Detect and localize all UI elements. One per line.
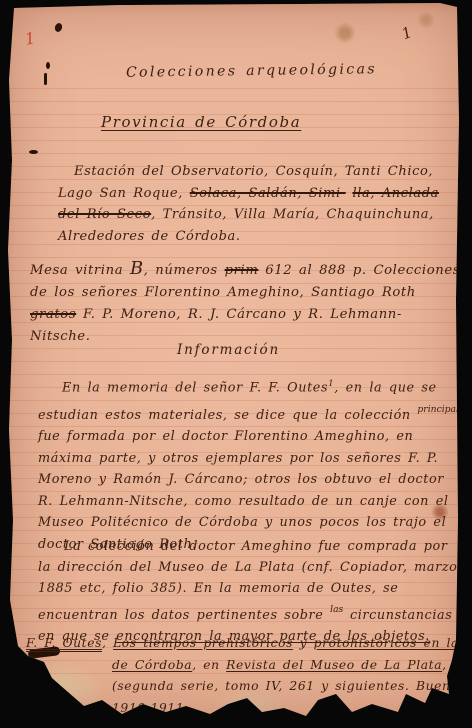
paragraph-info-1: En la memoria del señor F. F. Outes1, en… [38,374,464,555]
text-segment: F. F. Outes [26,636,102,650]
text-segment: y [293,636,314,650]
ink-blot [44,73,47,85]
text-segment: principal [417,404,459,415]
doc-title: Colecciones arqueológicas [126,61,377,81]
text-segment: gratos [30,307,76,322]
footnote: F. F. Outes, Los tiempos prehistóricos y… [26,633,472,719]
paragraph-vitrina: Mesa vitrina B, números prim 612 al 888 … [30,258,462,348]
text-segment: fue formada por el doctor Florentino Ame… [38,429,449,552]
text-segment: , [102,636,113,650]
text-segment: Solaca, Saldán, Simi- [190,186,346,201]
section-heading: Información [177,342,280,358]
text-segment: B [130,258,144,279]
page-number: 1 [399,23,415,43]
paragraph-localities: Estación del Observatorio, Cosquín, Tant… [58,161,458,247]
text-segment: En la memoria del señor F. F. Outes [62,380,328,395]
red-page-mark: 1 [23,28,37,49]
scanned-manuscript-page: 1 1 Colecciones arqueológicas Provincia … [0,0,472,728]
ink-blot [46,62,50,69]
paragraph-info-2: La colección del doctor Ameghino fue com… [38,536,464,647]
text-segment: Los tiempos prehistóricos [113,636,293,650]
text-segment: Mesa vitrina [30,263,130,278]
text-segment: Revista del Museo de La Plata [226,658,442,672]
ink-blot [29,150,38,154]
text-segment: , números [144,263,225,278]
text-segment: prim [225,263,259,278]
doc-subtitle: Provincia de Córdoba [101,113,301,131]
ink-blot [54,22,63,33]
text-segment: , en [192,658,226,672]
text-segment: las [330,604,343,615]
text-segment: F. P. Moreno, R. J. Cárcano y R. Lehmann… [30,307,402,344]
paper-sheet: 1 1 Colecciones arqueológicas Provincia … [0,0,472,728]
